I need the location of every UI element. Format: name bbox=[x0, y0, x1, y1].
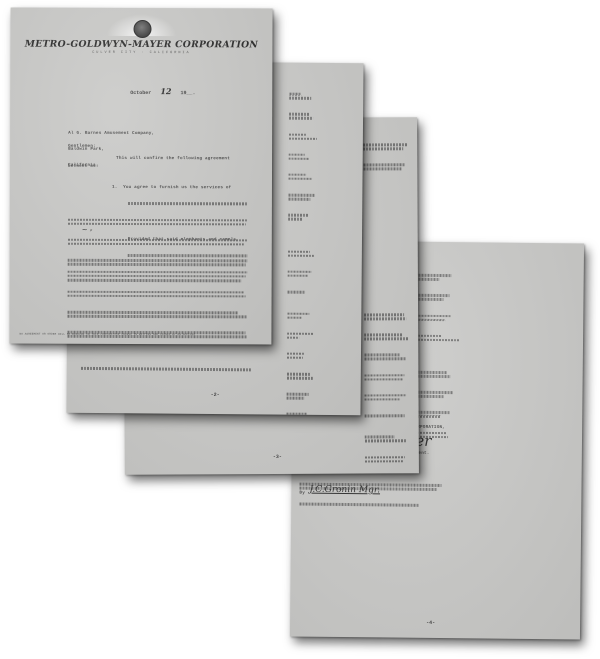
page-number-3: -3- bbox=[273, 454, 282, 460]
letterhead-footer: NO AGREEMENT OR ORDER WILL BE BINDING ON… bbox=[19, 333, 195, 337]
company-location: CULVER CITY · CALIFORNIA bbox=[10, 51, 272, 56]
date-year: 19__. bbox=[180, 90, 195, 96]
addressee: Al G. Barnes Amusement Company, Baldwin … bbox=[68, 120, 154, 180]
page-number-2: -2- bbox=[211, 392, 220, 398]
paragraph-2: Provided that said elephants and camels … bbox=[67, 226, 268, 345]
company-name: METRO-GOLDWYN-MAYER CORPORATION bbox=[10, 39, 272, 51]
date-month: October bbox=[130, 90, 151, 96]
acceptor-by-label: By bbox=[299, 491, 305, 496]
sunburst-emblem bbox=[106, 14, 176, 36]
intro-line: This will confirm the following agreemen… bbox=[116, 156, 230, 162]
page3-body-text bbox=[363, 131, 419, 475]
letter-date: October 12 19__. bbox=[130, 86, 195, 96]
salutation: Gentlemen: bbox=[68, 144, 96, 150]
date-day: 12 bbox=[160, 86, 171, 96]
between-line: between us: bbox=[68, 164, 99, 170]
para1-first-line: 1. You agree to furnish us the services … bbox=[68, 185, 248, 191]
signature-acceptor: J.C.Gronin Mgr. bbox=[309, 485, 380, 496]
page2-last-line bbox=[81, 355, 261, 384]
addressee-line: Al G. Barnes Amusement Company, bbox=[68, 131, 154, 137]
lion-logo-icon bbox=[133, 20, 151, 38]
letter-page-1: METRO-GOLDWYN-MAYER CORPORATION CULVER C… bbox=[9, 8, 272, 345]
page2-body-text bbox=[286, 81, 359, 416]
page-number-4: -4- bbox=[426, 620, 435, 626]
letterhead: METRO-GOLDWYN-MAYER CORPORATION CULVER C… bbox=[10, 14, 272, 56]
para2-first-line: Provided that said elephants and camels bbox=[68, 237, 268, 243]
